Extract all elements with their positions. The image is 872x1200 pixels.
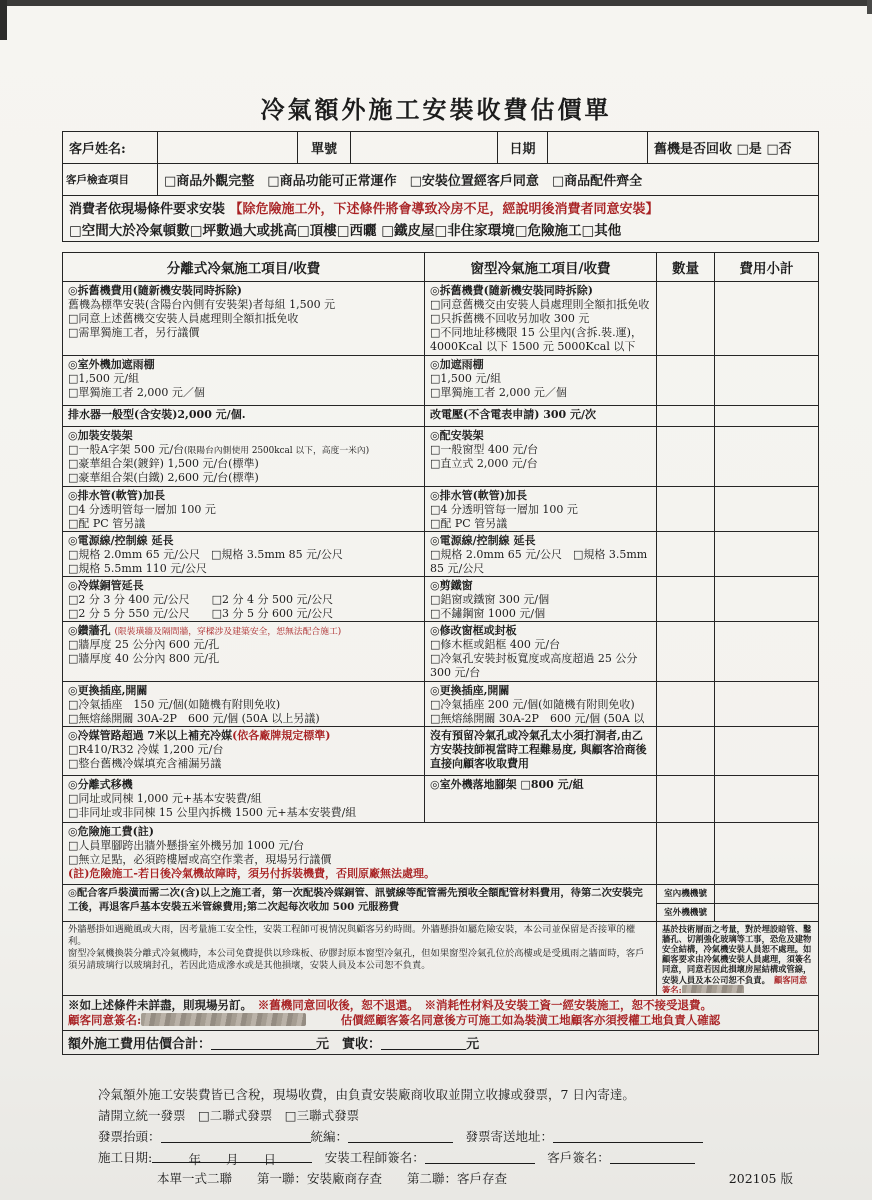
line-text: 排水器一般型(含安裝)2,000 元/個. <box>68 408 246 421</box>
item-line: □一般窗型 400 元/台 <box>430 443 651 457</box>
line-text: □4 分透明管每一層加 100 元 <box>68 503 216 516</box>
col-header-subtotal: 費用小計 <box>715 253 819 282</box>
footer-section: 冷氣額外施工安裝費皆已含稅，現場收費，由負責安裝廠商收取並開立收據或發票，7 日… <box>62 1084 818 1189</box>
engineer-sign-label: 安裝工程師簽名： <box>325 1150 425 1165</box>
subtotal-cell <box>715 823 819 885</box>
item-line: □R410/R32 冷媒 1,200 元/台 <box>68 743 419 757</box>
disclaimer-line2: 顧客同意簽名: 估價經顧客簽名同意後方可施工如為裝潢工地顧客亦須授權工地負責人確… <box>68 1013 813 1028</box>
item-line: □配 PC 管另議 <box>68 517 419 529</box>
item-line: □人員單腳跨出牆外懸掛室外機另加 1000 元/台 <box>68 839 651 853</box>
fee-table: 分離式冷氣施工項目/收費 窗型冷氣施工項目/收費 數量 費用小計 ◎拆舊機費用(… <box>62 252 819 1055</box>
qty-cell <box>657 682 715 727</box>
item-line: □規格 2.0mm 65 元/公尺 □規格 3.5mm 85 元/公尺 <box>430 548 651 574</box>
line-text: ◎配安裝架 <box>430 429 484 442</box>
line-text: ◎鑽牆孔 <box>68 624 114 637</box>
line-text: □4 分透明管每一層加 100 元 <box>430 503 578 516</box>
item-line: □無熔絲開關 30A-2P 600 元/個 (50A 以上另議) <box>430 712 651 724</box>
item-line: □冷氣插座 150 元/個(如隨機有附則免收) <box>68 698 419 712</box>
subtotal-cell <box>715 487 819 532</box>
item-line: □同址或同棟 1,000 元+基本安裝費/組 <box>68 792 419 806</box>
scanned-form: 冷氣額外施工安裝收費估價單 客戶姓名: 單號 日期 舊機是否回收 □是 □否 客… <box>0 0 872 1200</box>
table-row: ◎室外機加遮雨棚□1,500 元/組□單獨施工者 2,000 元／個◎加遮雨棚□… <box>63 356 819 406</box>
subtotal-cell <box>715 427 819 487</box>
subtotal-cell <box>715 406 819 427</box>
line-text: ◎排水管(軟管)加長 <box>430 489 527 502</box>
scan-edge-artifact-right <box>867 0 872 14</box>
item-line: 改電壓(不含電表申請) 300 元/次 <box>430 408 651 422</box>
scan-edge-artifact-top <box>0 0 872 6</box>
line-text: □只拆舊機不回收另加收 300 元 <box>430 312 589 325</box>
table-row: ◎排水管(軟管)加長□4 分透明管每一層加 100 元□配 PC 管另議◎排水管… <box>63 487 819 532</box>
item-line: □冷氣插座 200 元/個(如隨機有附則免收) <box>430 698 651 712</box>
table-row: ◎拆舊機費用(隨新機安裝同時拆除)舊機為標準安裝(含陽台內側有安裝架)者每組 1… <box>63 282 819 356</box>
item-line: □單獨施工者 2,000 元／個 <box>430 386 651 400</box>
disclaimer-line1: ※如上述條件未詳盡，則現場另訂。 ※舊機同意回收後，恕不退還。 ※消耗性材料及安… <box>68 998 813 1013</box>
line-text: ◎電源線/控制線 延長 <box>68 534 173 547</box>
line-text: □規格 5.5mm 110 元/公尺 <box>68 562 207 574</box>
item-cell-left: ◎冷媒銅管延長□2 分 3 分 400 元/公尺 □2 分 4 分 500 元/… <box>63 577 425 622</box>
item-line: □牆厚度 25 公分內 600 元/孔 <box>68 638 419 652</box>
item-cell-left: ◎鑽牆孔 (限裝璜牆及隔間牆，穿樑涉及建築安全，恕無法配合施工)□牆厚度 25 … <box>63 622 425 682</box>
line-text: □整台舊機冷媒填充含補漏另議 <box>68 757 221 770</box>
form-version: 202105 版 <box>729 1168 793 1189</box>
col-header-split-type: 分離式冷氣施工項目/收費 <box>63 253 425 282</box>
item-line: □規格 5.5mm 110 元/公尺 <box>68 562 419 574</box>
table-row-wall-note: 外牆懸掛如遇颱風或大雨，因考量施工安全性，安裝工程師可視情況與顧客另約時間。外牆… <box>63 922 819 996</box>
indoor-unit-field <box>715 885 818 903</box>
customer-signature-redacted <box>141 1013 306 1026</box>
item-cell-right: ◎電源線/控制線 延長□規格 2.0mm 65 元/公尺 □規格 3.5mm 8… <box>425 532 657 577</box>
line-text: □冷氣孔安裝封板寬度或高度超過 25 公分 300 元/台 <box>430 652 637 679</box>
qty-cell <box>657 823 715 885</box>
item-line: □鋁窗或鐵窗 300 元/個 <box>430 593 651 607</box>
customer-sign-label2: 客戶簽名： <box>547 1150 610 1165</box>
table-row: ◎加裝安裝架□一般A字架 500 元/台(限陽台內側使用 2500kcal 以下… <box>63 427 819 487</box>
copies-line: 本單一式二聯 第一聯：安裝廠商存查 第二聯：客戶存查 202105 版 <box>62 1168 818 1189</box>
item-line: ◎室外機加遮雨棚 <box>68 358 419 372</box>
line-text: ◎分離式移機 <box>68 778 133 791</box>
outdoor-unit-field <box>715 904 818 921</box>
line-text: □一般A字架 500 元/台 <box>68 443 184 456</box>
table-row: ◎電源線/控制線 延長□規格 2.0mm 65 元/公尺 □規格 3.5mm 8… <box>63 532 819 577</box>
order-no-field <box>351 132 498 164</box>
copies-note: 本單一式二聯 第一聯：安裝廠商存查 第二聯：客戶存查 <box>157 1171 507 1186</box>
item-line: □只拆舊機不回收另加收 300 元 <box>430 312 651 326</box>
table-row: ◎鑽牆孔 (限裝璜牆及隔間牆，穿樑涉及建築安全，恕無法配合施工)□牆厚度 25 … <box>63 622 819 682</box>
item-line: □豪華組合架(鍍鋅) 1,500 元/台(標準) <box>68 457 419 471</box>
item-line: ◎拆舊機費用(隨新機安裝同時拆除) <box>68 284 419 298</box>
item-line: □規格 2.0mm 65 元/公尺 □規格 3.5mm 85 元/公尺 <box>68 548 419 562</box>
item-cell-right: ◎修改窗框或封板□修木框或鋁框 400 元/台□冷氣孔安裝封板寬度或高度超過 2… <box>425 622 657 682</box>
line-text: □需單獨施工者，另行議價 <box>68 326 199 339</box>
decor-note: ◎配合客戶裝潢而需二次(含)以上之施工者，第一次配裝冷媒銅管、訊號線等配管需先預… <box>68 887 651 917</box>
subtotal-cell <box>715 622 819 682</box>
line-text: □人員單腳跨出牆外懸掛室外機另加 1000 元/台 <box>68 839 304 852</box>
col-header-window-type: 窗型冷氣施工項目/收費 <box>425 253 657 282</box>
item-line: ◎更換插座,開關 <box>430 684 651 698</box>
item-cell-left: ◎冷媒管路超過 7米以上補充冷媒(依各廠牌規定標準)□R410/R32 冷媒 1… <box>63 727 425 776</box>
table-row-total: 額外施工費用估價合計：元 實收：元 <box>63 1031 819 1055</box>
item-line: □修木框或鋁框 400 元/台 <box>430 638 651 652</box>
line-text: ◎更換插座,開關 <box>430 684 509 697</box>
item-line: ◎修改窗框或封板 <box>430 624 651 638</box>
technical-note-cell: 基於技術層面之考量，對於埋設暗管、鑿牆孔、切割強化玻璃等工事，恐危及建物安全結構… <box>657 922 819 996</box>
item-line: ◎加裝安裝架 <box>68 429 419 443</box>
item-line: ◎冷媒管路超過 7米以上補充冷媒(依各廠牌規定標準) <box>68 729 419 743</box>
qty-cell <box>657 776 715 823</box>
customer-name-label: 客戶姓名: <box>63 132 158 164</box>
engineer-sign-field <box>425 1150 535 1164</box>
line-text: ◎電源線/控制線 延長 <box>430 534 535 547</box>
line-text: □牆厚度 25 公分內 600 元/孔 <box>68 638 219 651</box>
line-text: 舊機為標準安裝(含陽台內側有安裝架)者每組 1,500 元 <box>68 298 335 311</box>
line-text: ◎拆舊機費(隨新機安裝同時拆除) <box>430 284 593 297</box>
item-cell-left: ◎分離式移機□同址或同棟 1,000 元+基本安裝費/組□非同址或非同棟 15 … <box>63 776 425 823</box>
sign-note: 估價經顧客簽名同意後方可施工如為裝潢工地顧客亦須授權工地負責人確認 <box>341 1013 721 1027</box>
item-line: □單獨施工者 2,000 元／個 <box>68 386 419 400</box>
table-row-decor: ◎配合客戶裝潢而需二次(含)以上之施工者，第一次配裝冷媒銅管、訊號線等配管需先預… <box>63 885 819 922</box>
item-line: ◎冷媒銅管延長 <box>68 579 419 593</box>
item-line: □1,500 元/組 <box>68 372 419 386</box>
wall-mount-note: 外牆懸掛如遇颱風或大雨，因考量施工安全性，安裝工程師可視情況與顧客另約時間。外牆… <box>68 924 651 993</box>
subtotal-cell <box>715 682 819 727</box>
item-line: □配 PC 管另議 <box>430 517 651 529</box>
invoice-tax-label: 統編： <box>311 1129 349 1144</box>
item-cell-right: ◎拆舊機費(隨新機安裝同時拆除)□同意舊機交由安裝人員處理則全額扣抵免收□只拆舊… <box>425 282 657 356</box>
line-text: □R410/R32 冷媒 1,200 元/台 <box>68 743 223 756</box>
item-cell-right: ◎室外機落地腳架 □800 元/組 <box>425 776 657 823</box>
item-line: ◎加遮雨棚 <box>430 358 651 372</box>
line-text: (依各廠牌規定標準) <box>232 729 330 742</box>
item-line: □4 分透明管每一層加 100 元 <box>68 503 419 517</box>
line-text: ◎冷媒銅管延長 <box>68 579 144 592</box>
machine-number-cell: 室內機機號 室外機機號 <box>657 885 819 922</box>
item-line: ◎剪鐵窗 <box>430 579 651 593</box>
invoice-type-line: 請開立統一發票 □二聯式發票 □三聯式發票 <box>62 1105 818 1126</box>
construction-date-field: 年 月 日 <box>152 1149 312 1163</box>
item-cell-left: ◎更換插座,開關□冷氣插座 150 元/個(如隨機有附則免收)□無熔絲開關 30… <box>63 682 425 727</box>
item-line: □同意上述舊機交安裝人員處理則全額扣抵免收 <box>68 312 419 326</box>
invoice-tax-field <box>348 1129 453 1143</box>
inspect-row: 客戶檢查項目 □商品外觀完整 □商品功能可正常運作 □安裝位置經客戶同意 □商品… <box>63 164 819 196</box>
invoice-title-field <box>161 1129 311 1143</box>
line-text: □冷氣插座 150 元/個(如隨機有附則免收) <box>68 698 280 711</box>
total-amount-field <box>211 1036 316 1050</box>
customer-info-row: 客戶姓名: 單號 日期 舊機是否回收 □是 □否 <box>63 132 819 164</box>
item-cell-left: ◎拆舊機費用(隨新機安裝同時拆除)舊機為標準安裝(含陽台內側有安裝架)者每組 1… <box>63 282 425 356</box>
item-line: ◎配安裝架 <box>430 429 651 443</box>
col-header-qty: 數量 <box>657 253 715 282</box>
item-line: ◎排水管(軟管)加長 <box>68 489 419 503</box>
qty-cell <box>657 487 715 532</box>
item-line: □2 分 5 分 550 元/公尺 □3 分 5 分 600 元/公尺 <box>68 607 419 619</box>
qty-cell <box>657 427 715 487</box>
subtotal-cell <box>715 577 819 622</box>
invoice-addr-field <box>553 1129 703 1143</box>
item-line: ◎鑽牆孔 (限裝璜牆及隔間牆，穿樑涉及建築安全，恕無法配合施工) <box>68 624 419 638</box>
item-cell-right: ◎加遮雨棚□1,500 元/組□單獨施工者 2,000 元／個 <box>425 356 657 406</box>
line-text: ◎修改窗框或封板 <box>430 624 517 637</box>
line-text: □直立式 2,000 元/台 <box>430 457 538 470</box>
item-line: ◎拆舊機費(隨新機安裝同時拆除) <box>430 284 651 298</box>
qty-cell <box>657 622 715 682</box>
line-text: □修木框或鋁框 400 元/台 <box>430 638 560 651</box>
line-text: □不同地址移機限 15 公里內(含拆.裝.運)，4000Kcal 以下 1500… <box>430 326 642 353</box>
item-cell-right: ◎剪鐵窗□鋁窗或鐵窗 300 元/個□不鏽鋼窗 1000 元/個 <box>425 577 657 622</box>
item-cell-right: ◎配安裝架□一般窗型 400 元/台□直立式 2,000 元/台 <box>425 427 657 487</box>
disclaimer-red: ※舊機同意回收後，恕不退還。 ※消耗性材料及安裝工資一經安裝施工，恕不接受退費。 <box>258 998 712 1012</box>
qty-cell <box>657 727 715 776</box>
line-text: □鋁窗或鐵窗 300 元/個 <box>430 593 549 606</box>
item-cell-left: ◎室外機加遮雨棚□1,500 元/組□單獨施工者 2,000 元／個 <box>63 356 425 406</box>
item-cell-right: ◎更換插座,開關□冷氣插座 200 元/個(如隨機有附則免收)□無熔絲開關 30… <box>425 682 657 727</box>
outdoor-unit-row: 室外機機號 <box>657 904 818 921</box>
item-line: □不鏽鋼窗 1000 元/個 <box>430 607 651 619</box>
customer-name-field <box>158 132 298 164</box>
item-line: ◎更換插座,開關 <box>68 684 419 698</box>
customer-sign-label: 顧客同意簽名: <box>68 1013 141 1027</box>
item-cell-left: ◎危險施工費(註)□人員單腳跨出牆外懸掛室外機另加 1000 元/台□無立足點，… <box>63 823 657 885</box>
item-line: □需單獨施工者，另行議價 <box>68 326 419 340</box>
item-line: ◎排水管(軟管)加長 <box>430 489 651 503</box>
item-line: ◎電源線/控制線 延長 <box>68 534 419 548</box>
item-line: 排水器一般型(含安裝)2,000 元/個. <box>68 408 419 422</box>
item-line: □1,500 元/組 <box>430 372 651 386</box>
line-text: □牆厚度 40 公分內 800 元/孔 <box>68 652 219 665</box>
disclaimer-cell: ※如上述條件未詳盡，則現場另訂。 ※舊機同意回收後，恕不退還。 ※消耗性材料及安… <box>63 996 819 1031</box>
qty-cell <box>657 406 715 427</box>
line-text: □無熔絲開關 30A-2P 600 元/個 (50A 以上另議) <box>430 712 644 724</box>
invoice-info-line: 發票抬頭：統編： 發票寄送地址： <box>62 1126 818 1147</box>
line-text: □豪華組合架(鍍鋅) 1,500 元/台(標準) <box>68 457 259 470</box>
line-text: □豪華組合架(白鐵) 2,600 元/台(標準) <box>68 471 259 484</box>
line-text: □1,500 元/組 <box>68 372 139 385</box>
item-line: 舊機為標準安裝(含陽台內側有安裝架)者每組 1,500 元 <box>68 298 419 312</box>
outdoor-unit-label: 室外機機號 <box>657 904 715 921</box>
subtotal-cell <box>715 356 819 406</box>
item-cell-left: ◎電源線/控制線 延長□規格 2.0mm 65 元/公尺 □規格 3.5mm 8… <box>63 532 425 577</box>
line-text: ◎剪鐵窗 <box>430 579 473 592</box>
item-line: □無熔絲開關 30A-2P 600 元/個 (50A 以上另議) <box>68 712 419 724</box>
item-line: ◎分離式移機 <box>68 778 419 792</box>
subtotal-cell <box>715 282 819 356</box>
line-text: ◎冷媒管路超過 7米以上補充冷媒 <box>68 729 232 742</box>
order-no-label: 單號 <box>298 132 351 164</box>
subtotal-cell <box>715 776 819 823</box>
line-text: □無立足點，必須跨樓層或高空作業者，現場另行議價 <box>68 853 331 866</box>
item-line: □直立式 2,000 元/台 <box>430 457 651 471</box>
indoor-unit-label: 室內機機號 <box>657 885 715 903</box>
item-line: □一般A字架 500 元/台(限陽台內側使用 2500kcal 以下，高度一米內… <box>68 443 419 457</box>
line-text: (限陽台內側使用 2500kcal 以下，高度一米內) <box>184 446 369 456</box>
site-condition-warning: 【除危險施工外，下述條件將會導致冷房不足，經說明後消費者同意安裝】 <box>230 202 659 217</box>
recycle-option: 舊機是否回收 □是 □否 <box>648 132 819 164</box>
line-text: 改電壓(不含電表申請) 300 元/次 <box>430 408 596 421</box>
disclaimer-plain: ※如上述條件未詳盡，則現場另訂。 <box>68 998 246 1012</box>
line-text: ◎加裝安裝架 <box>68 429 133 442</box>
signature-redacted <box>682 985 744 993</box>
table-row: ◎冷媒管路超過 7米以上補充冷媒(依各廠牌規定標準)□R410/R32 冷媒 1… <box>63 727 819 776</box>
construction-date-label: 施工日期: <box>98 1150 152 1165</box>
site-condition-options: □空間大於冷氣頓數□坪數過大或挑高□頂樓□西曬 □鐵皮屋□非住家環境□危險施工□… <box>69 219 812 239</box>
item-cell-right: ◎排水管(軟管)加長□4 分透明管每一層加 100 元□配 PC 管另議 <box>425 487 657 532</box>
item-cell-right: 改電壓(不含電表申請) 300 元/次 <box>425 406 657 427</box>
item-line: □牆厚度 40 公分內 800 元/孔 <box>68 652 419 666</box>
subtotal-cell <box>715 532 819 577</box>
site-condition-row: 消費者依現場條件要求安裝 【除危險施工外，下述條件將會導致冷房不足，經說明後消費… <box>63 196 819 242</box>
line-text: □無熔絲開關 30A-2P 600 元/個 (50A 以上另議) <box>68 712 320 724</box>
scan-edge-artifact-left <box>0 0 7 40</box>
tax-note: 冷氣額外施工安裝費皆已含稅，現場收費，由負責安裝廠商收取並開立收據或發票，7 日… <box>62 1084 818 1105</box>
item-line: □豪華組合架(白鐵) 2,600 元/台(標準) <box>68 471 419 484</box>
table-row: 排水器一般型(含安裝)2,000 元/個.改電壓(不含電表申請) 300 元/次 <box>63 406 819 427</box>
item-cell-left: ◎加裝安裝架□一般A字架 500 元/台(限陽台內側使用 2500kcal 以下… <box>63 427 425 487</box>
construction-date-line: 施工日期:年 月 日 安裝工程師簽名： 客戶簽名： <box>62 1147 818 1168</box>
line-text: □不鏽鋼窗 1000 元/個 <box>430 607 545 619</box>
item-line: □無立足點，必須跨樓層或高空作業者，現場另行議價 <box>68 853 651 867</box>
invoice-title-label: 發票抬頭： <box>98 1129 161 1144</box>
line-text: □單獨施工者 2,000 元／個 <box>430 386 567 399</box>
inspect-label: 客戶檢查項目 <box>63 164 158 196</box>
qty-cell <box>657 577 715 622</box>
qty-cell <box>657 532 715 577</box>
table-row-disclaimer: ※如上述條件未詳盡，則現場另訂。 ※舊機同意回收後，恕不退還。 ※消耗性材料及安… <box>63 996 819 1031</box>
line-text: □同意舊機交由安裝人員處理則全額扣抵免收 <box>430 298 649 311</box>
line-text: □一般窗型 400 元/台 <box>430 443 538 456</box>
customer-info-table: 客戶姓名: 單號 日期 舊機是否回收 □是 □否 客戶檢查項目 □商品外觀完整 … <box>62 131 819 242</box>
line-text: ◎排水管(軟管)加長 <box>68 489 165 502</box>
item-line: ◎室外機落地腳架 □800 元/組 <box>430 778 651 792</box>
item-line: □整台舊機冷媒填充含補漏另議 <box>68 757 419 771</box>
item-cell-left: 排水器一般型(含安裝)2,000 元/個. <box>63 406 425 427</box>
item-line: □2 分 3 分 400 元/公尺 □2 分 4 分 500 元/公尺 <box>68 593 419 607</box>
fee-table-header-row: 分離式冷氣施工項目/收費 窗型冷氣施工項目/收費 數量 費用小計 <box>63 253 819 282</box>
date-label: 日期 <box>498 132 548 164</box>
wall-mount-note-cell: 外牆懸掛如遇颱風或大雨，因考量施工安全性，安裝工程師可視情況與顧客另約時間。外牆… <box>63 922 657 996</box>
site-condition-label: 消費者依現場條件要求安裝 <box>69 202 230 217</box>
line-text: (註)危險施工-若日後冷氣機故障時，須另付拆裝機費，否則原廠無法處理。 <box>68 867 435 880</box>
invoice-addr-label: 發票寄送地址： <box>466 1129 554 1144</box>
line-text: □非同址或非同棟 15 公里內拆機 1500 元+基本安裝費/組 <box>68 806 356 819</box>
item-line: □非同址或非同棟 15 公里內拆機 1500 元+基本安裝費/組 <box>68 806 419 820</box>
decor-note-cell: ◎配合客戶裝潢而需二次(含)以上之施工者，第一次配裝冷媒銅管、訊號線等配管需先預… <box>63 885 657 922</box>
form-title: 冷氣額外施工安裝收費估價單 <box>0 90 872 125</box>
item-line: □4 分透明管每一層加 100 元 <box>430 503 651 517</box>
line-text: ◎加遮雨棚 <box>430 358 484 371</box>
site-condition-cell: 消費者依現場條件要求安裝 【除危險施工外，下述條件將會導致冷房不足，經說明後消費… <box>63 196 819 242</box>
inspect-checklist: □商品外觀完整 □商品功能可正常運作 □安裝位置經客戶同意 □商品配件齊全 <box>158 164 819 196</box>
item-line: (註)危險施工-若日後冷氣機故障時，須另付拆裝機費，否則原廠無法處理。 <box>68 867 651 881</box>
item-line: □不同地址移機限 15 公里內(含拆.裝.運)，4000Kcal 以下 1500… <box>430 326 651 353</box>
table-row: ◎更換插座,開關□冷氣插座 150 元/個(如隨機有附則免收)□無熔絲開關 30… <box>63 682 819 727</box>
item-line: □冷氣孔安裝封板寬度或高度超過 25 公分 300 元/台 <box>430 652 651 679</box>
item-line: ◎危險施工費(註) <box>68 825 651 839</box>
date-field <box>548 132 648 164</box>
customer-sign-field <box>610 1150 695 1164</box>
total-cell: 額外施工費用估價合計：元 實收：元 <box>63 1031 819 1055</box>
line-text: □配 PC 管另議 <box>430 517 507 529</box>
line-text: □單獨施工者 2,000 元／個 <box>68 386 205 399</box>
item-line: □同意舊機交由安裝人員處理則全額扣抵免收 <box>430 298 651 312</box>
line-text: □2 分 3 分 400 元/公尺 □2 分 4 分 500 元/公尺 <box>68 593 333 606</box>
total-label: 額外施工費用估價合計： <box>68 1037 211 1052</box>
line-text: □規格 2.0mm 65 元/公尺 □規格 3.5mm 85 元/公尺 <box>68 548 343 561</box>
line-text: □2 分 5 分 550 元/公尺 □3 分 5 分 600 元/公尺 <box>68 607 333 619</box>
line-text: ◎室外機加遮雨棚 <box>68 358 155 371</box>
line-text: ◎拆舊機費用(隨新機安裝同時拆除) <box>68 284 242 297</box>
line-text: ◎危險施工費(註) <box>68 825 154 838</box>
line-text: 沒有預留冷氣孔或冷氣孔太小須打洞者,由乙方安裝技師視當時工程難易度, 與顧客洽商… <box>430 729 647 770</box>
line-text: □規格 2.0mm 65 元/公尺 □規格 3.5mm 85 元/公尺 <box>430 548 647 574</box>
item-cell-right: 沒有預留冷氣孔或冷氣孔太小須打洞者,由乙方安裝技師視當時工程難易度, 與顧客洽商… <box>425 727 657 776</box>
line-text: □同址或同棟 1,000 元+基本安裝費/組 <box>68 792 262 805</box>
line-text: ◎更換插座,開關 <box>68 684 147 697</box>
table-row: ◎分離式移機□同址或同棟 1,000 元+基本安裝費/組□非同址或非同棟 15 … <box>63 776 819 823</box>
line-text: □1,500 元/組 <box>430 372 501 385</box>
paid-unit: 元 <box>466 1037 479 1052</box>
line-text: ◎室外機落地腳架 □800 元/組 <box>430 778 584 791</box>
line-text: □冷氣插座 200 元/個(如隨機有附則免收) <box>430 698 635 711</box>
paid-label: 實收： <box>342 1037 381 1052</box>
table-row: ◎冷媒銅管延長□2 分 3 分 400 元/公尺 □2 分 4 分 500 元/… <box>63 577 819 622</box>
item-cell-left: ◎排水管(軟管)加長□4 分透明管每一層加 100 元□配 PC 管另議 <box>63 487 425 532</box>
indoor-unit-row: 室內機機號 <box>657 885 818 904</box>
table-row: ◎危險施工費(註)□人員單腳跨出牆外懸掛室外機另加 1000 元/台□無立足點，… <box>63 823 819 885</box>
subtotal-cell <box>715 727 819 776</box>
item-line: ◎電源線/控制線 延長 <box>430 534 651 548</box>
line-text: (限裝璜牆及隔間牆，穿樑涉及建築安全，恕無法配合施工) <box>114 627 341 637</box>
qty-cell <box>657 282 715 356</box>
total-unit: 元 <box>316 1037 329 1052</box>
site-condition-line: 消費者依現場條件要求安裝 【除危險施工外，下述條件將會導致冷房不足，經說明後消費… <box>69 198 812 217</box>
paid-amount-field <box>381 1036 466 1050</box>
line-text: □同意上述舊機交安裝人員處理則全額扣抵免收 <box>68 312 298 325</box>
line-text: □配 PC 管另議 <box>68 517 145 529</box>
qty-cell <box>657 356 715 406</box>
item-line: 沒有預留冷氣孔或冷氣孔太小須打洞者,由乙方安裝技師視當時工程難易度, 與顧客洽商… <box>430 729 651 771</box>
